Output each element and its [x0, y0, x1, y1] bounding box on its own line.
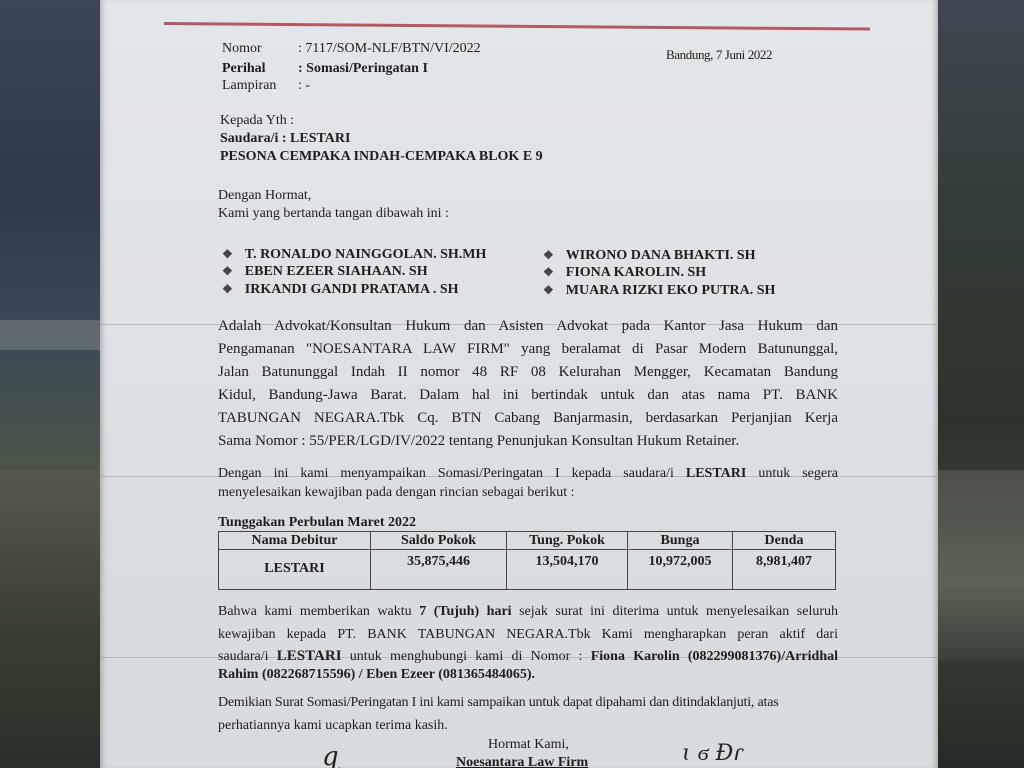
contact-numbers: Fiona Karolin (082299081376)/Arridhal [591, 649, 838, 664]
diamond-bullet-icon: ❖ [543, 283, 554, 297]
signatory-name: WIRONO DANA BHAKTI. SH [566, 248, 756, 263]
recipient-greeting: Kepada Yth : [220, 113, 294, 129]
signatory-name: EBEN EZEER SIAHAAN. SH [245, 264, 428, 279]
diamond-bullet-icon: ❖ [222, 247, 233, 261]
regards: Hormat Kami, [488, 737, 569, 753]
background-garden [934, 470, 1024, 660]
diamond-bullet-icon: ❖ [543, 265, 554, 279]
arrears-table: Nama Debitur Saldo Pokok Tung. Pokok Bun… [218, 531, 836, 590]
paragraph-line: Jalan Batununggal Indah II nomor 48 RF 0… [218, 361, 838, 384]
paragraph-line: Adalah Advokat/Konsultan Hukum dan Asist… [218, 315, 838, 338]
closing-line: Demikian Surat Somasi/Peringatan I ini k… [218, 695, 779, 711]
diamond-bullet-icon: ❖ [222, 282, 233, 296]
nomor-label: Nomor [222, 41, 262, 57]
paragraph-line: saudara/i LESTARI untuk menghubungi kami… [218, 645, 838, 668]
column-header: Denda [733, 532, 836, 550]
lampiran-label: Lampiran [222, 78, 276, 94]
signature-mark: ɩ ϭ Ɖɾ [682, 740, 743, 766]
cell-denda: 8,981,407 [733, 550, 836, 590]
signatory-name: FIONA KAROLIN. SH [566, 265, 706, 280]
signatory-name: T. RONALDO NAINGGOLAN. SH.MH [245, 247, 487, 262]
paragraph-line: Kidul, Bandung-Jawa Barat. Dalam hal ini… [218, 384, 838, 407]
perihal-label: Perihal [222, 61, 266, 77]
recipient-address: PESONA CEMPAKA INDAH-CEMPAKA BLOK E 9 [220, 149, 543, 165]
paragraph-line: Pengamanan "NOESANTARA LAW FIRM" yang be… [218, 338, 838, 361]
intro-line: Kami yang bertanda tangan dibawah ini : [218, 206, 449, 222]
diamond-bullet-icon: ❖ [543, 248, 554, 262]
table-row: LESTARI 35,875,446 13,504,170 10,972,005… [219, 550, 836, 590]
signatory-item: ❖EBEN EZEER SIAHAAN. SH [222, 264, 428, 280]
paragraph-line: Sama Nomor : 55/PER/LGD/IV/2022 tentang … [218, 430, 838, 453]
cell-bunga: 10,972,005 [628, 550, 733, 590]
paragraph-line: kewajiban kepada PT. BANK TABUNGAN NEGAR… [218, 623, 838, 646]
diamond-bullet-icon: ❖ [222, 264, 233, 278]
salutation: Dengan Hormat, [218, 188, 311, 204]
signatory-item: ❖FIONA KAROLIN. SH [543, 265, 706, 281]
background-photo-left [0, 0, 110, 768]
lampiran-value: : - [298, 78, 310, 94]
signatory-item: ❖IRKANDI GANDI PRATAMA . SH [222, 282, 459, 298]
signatory-item: ❖MUARA RIZKI EKO PUTRA. SH [543, 283, 775, 299]
cell-tung-pokok: 13,504,170 [507, 550, 628, 590]
paragraph-line: Bahwa kami memberikan waktu 7 (Tujuh) ha… [218, 600, 838, 623]
nomor-value: : 7117/SOM-NLF/BTN/VI/2022 [298, 41, 481, 57]
column-header: Bunga [628, 532, 733, 550]
column-header: Saldo Pokok [371, 532, 507, 550]
column-header: Nama Debitur [219, 532, 371, 550]
background-garden [0, 470, 100, 630]
background-photo-right [934, 0, 1024, 768]
cell-debtor: LESTARI [219, 550, 371, 590]
paragraph-line: Dengan ini kami menyampaikan Somasi/Peri… [218, 462, 838, 485]
arrears-table-title: Tunggakan Perbulan Maret 2022 [218, 515, 416, 531]
signatory-item: ❖WIRONO DANA BHAKTI. SH [543, 248, 756, 264]
glass-reflection [0, 320, 100, 350]
signatory-item: ❖T. RONALDO NAINGGOLAN. SH.MH [222, 247, 486, 263]
contact-numbers: Rahim (082268715596) / Eben Ezeer (08136… [218, 667, 535, 683]
signature-mark: ɋ [322, 742, 339, 768]
cell-saldo-pokok: 35,875,446 [371, 550, 507, 590]
debtor-name: LESTARI [686, 466, 746, 481]
paragraph-line: menyelesaikan kewajiban pada dengan rinc… [218, 485, 574, 501]
paragraph-line: TABUNGAN NEGARA.Tbk Cq. BTN Cabang Banja… [218, 407, 838, 430]
debtor-name: LESTARI [277, 648, 342, 664]
firm-name: Noesantara Law Firm [456, 755, 588, 768]
place-date: Bandung, 7 Juni 2022 [666, 47, 772, 63]
signatory-name: MUARA RIZKI EKO PUTRA. SH [566, 283, 776, 298]
perihal-value: : Somasi/Peringatan I [298, 61, 428, 77]
recipient-name: Saudara/i : LESTARI [220, 131, 350, 147]
column-header: Tung. Pokok [507, 532, 628, 550]
signatory-name: IRKANDI GANDI PRATAMA . SH [245, 282, 459, 297]
closing-line: perhatiannya kami ucapkan terima kasih. [218, 718, 448, 734]
